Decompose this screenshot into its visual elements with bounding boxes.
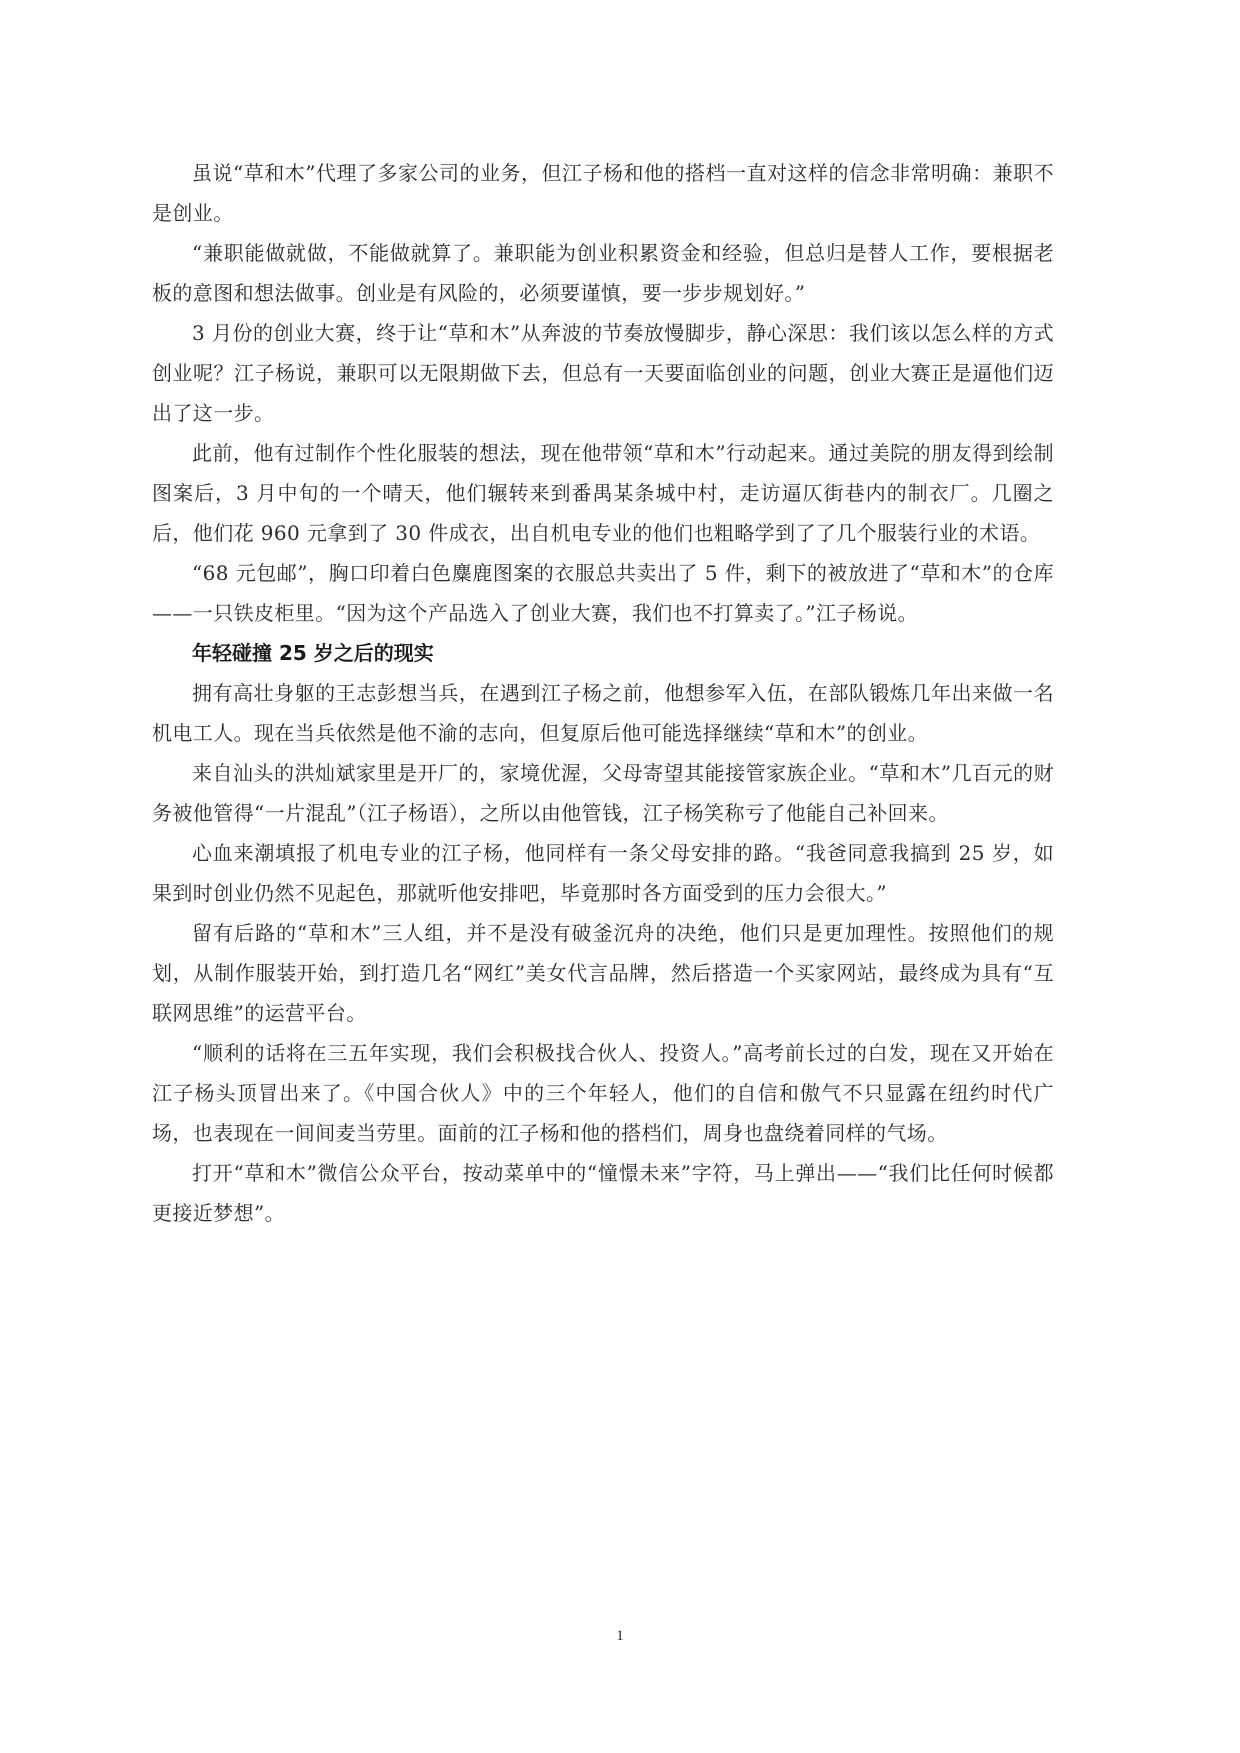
paragraph-6: 拥有高壮身躯的王志彭想当兵，在遇到江子杨之前，他想参军入伍，在部队锻炼几年出来做… — [152, 673, 1054, 753]
paragraph-8: 心血来潮填报了机电专业的江子杨，他同样有一条父母安排的路。“我爸同意我搞到 25… — [152, 833, 1054, 913]
paragraph-7: 来自汕头的洪灿斌家里是开厂的，家境优渥，父母寄望其能接管家族企业。“草和木”几百… — [152, 753, 1054, 833]
paragraph-11: 打开“草和木”微信公众平台，按动菜单中的“憧憬未来”字符，马上弹出——“我们比任… — [152, 1153, 1054, 1233]
paragraph-2: “兼职能做就做，不能做就算了。兼职能为创业积累资金和经验，但总归是替人工作，要根… — [152, 233, 1054, 313]
paragraph-9: 留有后路的“草和木”三人组，并不是没有破釜沉舟的决绝，他们只是更加理性。按照他们… — [152, 913, 1054, 1033]
paragraph-5: “68 元包邮”，胸口印着白色麋鹿图案的衣服总共卖出了 5 件，剩下的被放进了“… — [152, 553, 1054, 633]
page-number: 1 — [0, 1628, 1240, 1645]
paragraph-3: 3 月份的创业大赛，终于让“草和木”从奔波的节奏放慢脚步，静心深思：我们该以怎么… — [152, 313, 1054, 433]
paragraph-4: 此前，他有过制作个性化服装的想法，现在他带领“草和木”行动起来。通过美院的朋友得… — [152, 433, 1054, 553]
article-body: 虽说“草和木”代理了多家公司的业务，但江子杨和他的搭档一直对这样的信念非常明确：… — [152, 153, 1054, 1233]
document-page: 虽说“草和木”代理了多家公司的业务，但江子杨和他的搭档一直对这样的信念非常明确：… — [0, 0, 1240, 1753]
paragraph-1: 虽说“草和木”代理了多家公司的业务，但江子杨和他的搭档一直对这样的信念非常明确：… — [152, 153, 1054, 233]
section-heading: 年轻碰撞 25 岁之后的现实 — [152, 633, 1054, 673]
paragraph-10: “顺利的话将在三五年实现，我们会积极找合伙人、投资人。”高考前长过的白发，现在又… — [152, 1033, 1054, 1153]
